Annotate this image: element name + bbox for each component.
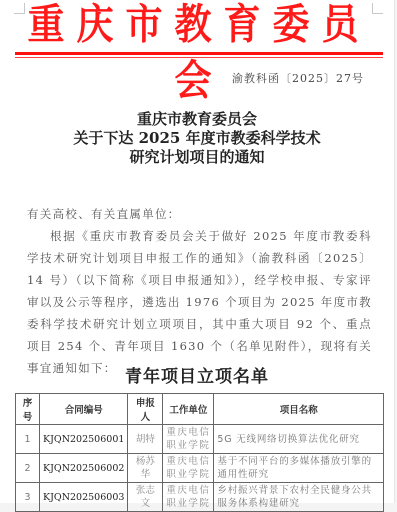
- document-number: 渝教科函〔2025〕27号: [232, 70, 364, 86]
- document-body: 有关高校、有关直属单位： 根据《重庆市教育委员会关于做好 2025 年度市教委科…: [27, 203, 372, 379]
- red-divider-thin: [15, 57, 383, 58]
- document-title: 重庆市教育委员会 关于下达 2025 年度市教委科学技术 研究计划项目的通知: [0, 110, 394, 167]
- salutation: 有关高校、有关直属单位：: [27, 203, 372, 225]
- cell-project-name: 基于不同平台的多媒体播放引擎的通用性研究: [214, 454, 384, 483]
- table-row: 2 KJQN202506002 杨苏华 重庆电信职业学院 基于不同平台的多媒体播…: [16, 454, 384, 483]
- title-line: 关于下达 2025 年度市教委科学技术: [0, 129, 394, 148]
- cell-project-name: 5G 无线网络切换算法优化研究: [214, 425, 384, 454]
- header-seq: 序号: [16, 394, 40, 425]
- header-code: 合同编号: [40, 394, 128, 425]
- cell-unit: 重庆电信职业学院: [163, 425, 214, 454]
- header-unit: 工作单位: [163, 394, 214, 425]
- cell-seq: 3: [16, 483, 40, 511]
- cell-code: KJQN202506003: [40, 483, 128, 511]
- cell-person: 胡特: [128, 425, 163, 454]
- cell-seq: 1: [16, 425, 40, 454]
- cell-code: KJQN202506002: [40, 454, 128, 483]
- cell-project-name: 乡村振兴背景下农村全民健身公共服务体系构建研究: [214, 483, 384, 511]
- title-line: 重庆市教育委员会: [0, 110, 394, 129]
- header-project-name: 项目名称: [214, 394, 384, 425]
- red-divider: [15, 52, 383, 55]
- cell-code: KJQN202506001: [40, 425, 128, 454]
- cell-unit: 重庆电信职业学院: [163, 483, 214, 511]
- projects-table: 序号 合同编号 申报人 工作单位 项目名称 1 KJQN202506001 胡特…: [15, 393, 384, 510]
- table-header-row: 序号 合同编号 申报人 工作单位 项目名称: [16, 394, 384, 425]
- document-page: 重庆市教育委员会 渝教科函〔2025〕27号 重庆市教育委员会 关于下达 202…: [0, 0, 395, 503]
- title-line: 研究计划项目的通知: [0, 148, 394, 167]
- body-paragraph: 根据《重庆市教育委员会关于做好 2025 年度市教委科学技术研究计划项目申报工作…: [27, 225, 372, 379]
- table-row: 1 KJQN202506001 胡特 重庆电信职业学院 5G 无线网络切换算法优…: [16, 425, 384, 454]
- cell-person: 张志文: [128, 483, 163, 511]
- header-person: 申报人: [128, 394, 163, 425]
- table-row: 3 KJQN202506003 张志文 重庆电信职业学院 乡村振兴背景下农村全民…: [16, 483, 384, 511]
- cell-seq: 2: [16, 454, 40, 483]
- cell-person: 杨苏华: [128, 454, 163, 483]
- cell-unit: 重庆电信职业学院: [163, 454, 214, 483]
- list-title: 青年项目立项名单: [0, 362, 394, 387]
